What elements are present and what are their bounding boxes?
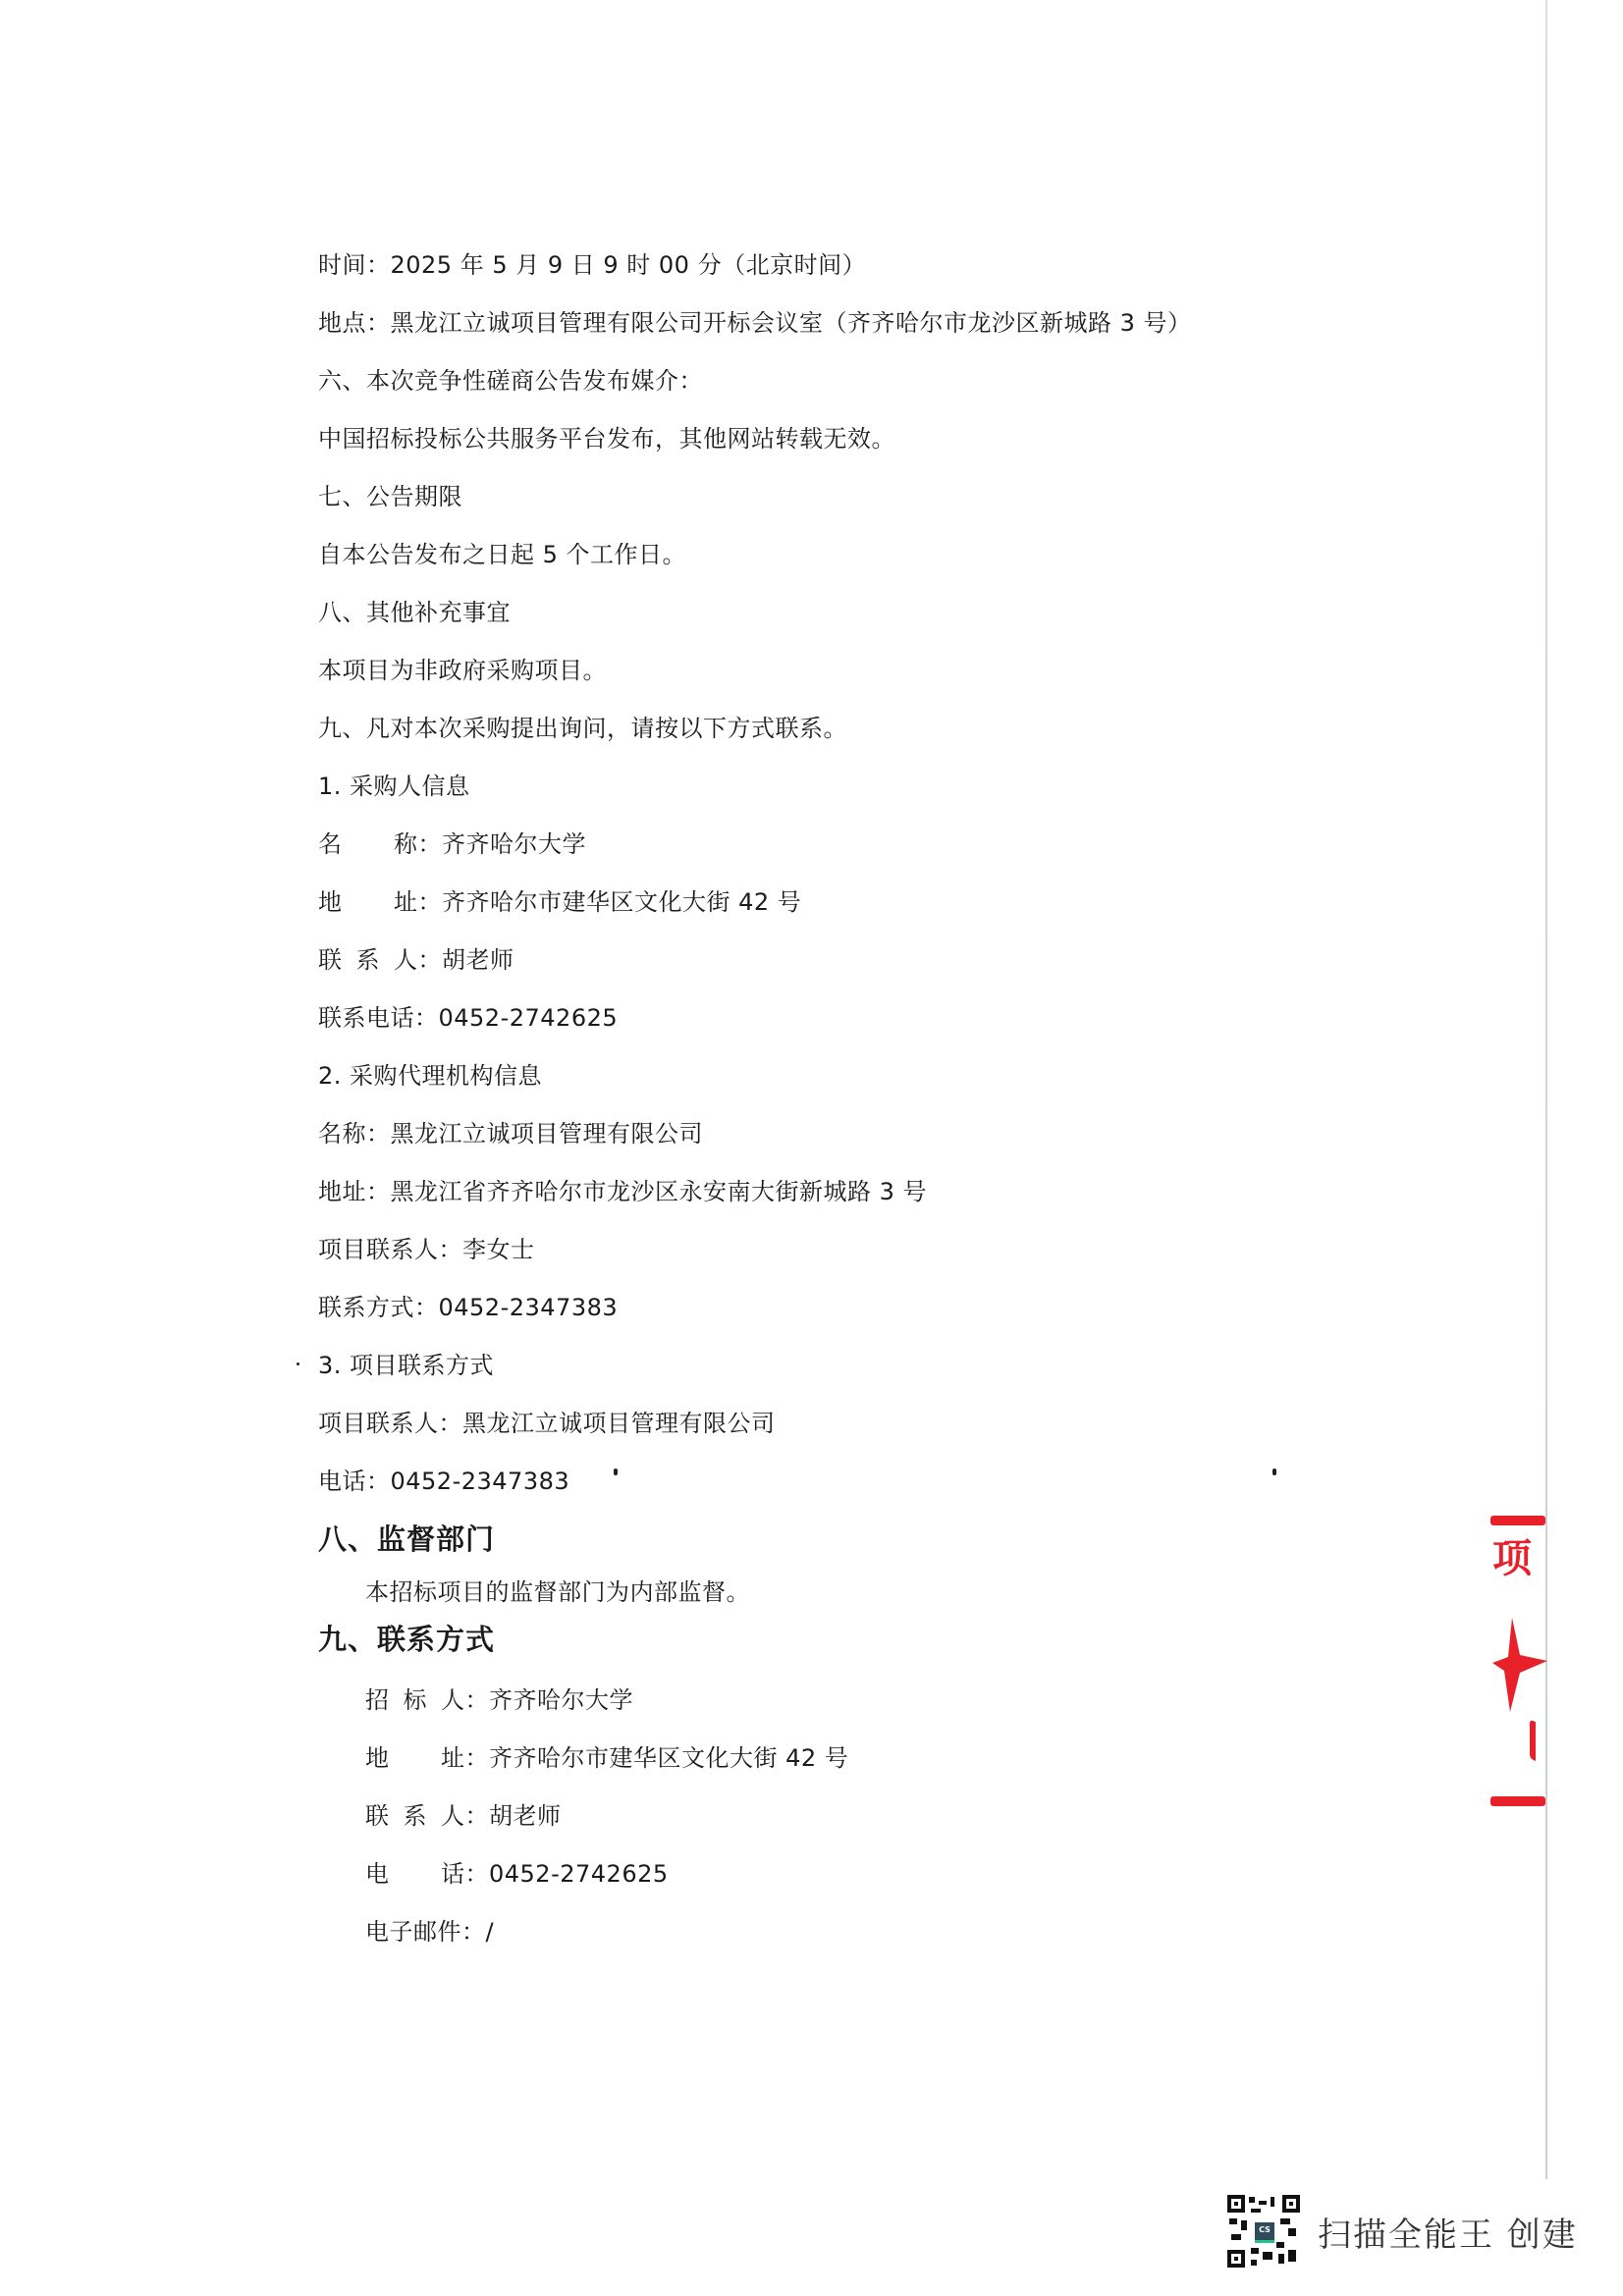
section-9-heading: 九、凡对本次采购提出询问，请按以下方式联系。 <box>318 713 847 744</box>
agency-contact: 项目联系人：李女士 <box>318 1234 535 1265</box>
purchaser-address-value: 齐齐哈尔市建华区文化大街 42 号 <box>442 888 801 916</box>
tenderer-phone-value: 0452-2742625 <box>489 1860 669 1888</box>
purchaser-address-label: 地 址： <box>318 886 442 918</box>
purchaser-contact-value: 胡老师 <box>442 946 514 974</box>
qr-code-icon: CS <box>1227 2195 1300 2268</box>
label-char: 称： <box>394 828 442 860</box>
project-contact-heading: 3. 项目联系方式 <box>318 1350 494 1381</box>
seal-glyph: 项 <box>1492 1537 1532 1580</box>
label-char: 标 <box>404 1684 428 1716</box>
scan-speck <box>297 1362 299 1365</box>
purchaser-name: 名 称： 齐齐哈尔大学 <box>318 828 586 860</box>
purchaser-address: 地 址： 齐齐哈尔市建华区文化大街 42 号 <box>318 886 801 918</box>
label-char: 名 <box>318 828 343 860</box>
purchaser-name-value: 齐齐哈尔大学 <box>442 830 586 858</box>
project-contact-phone: 电话：0452-2347383 <box>318 1466 569 1497</box>
seal-star-icon <box>1492 1618 1547 1712</box>
section-8-body: 本项目为非政府采购项目。 <box>318 655 607 686</box>
section-7-heading: 七、公告期限 <box>318 481 462 512</box>
label-char: 联 <box>365 1800 390 1832</box>
tenderer-value: 齐齐哈尔大学 <box>489 1686 633 1714</box>
seal-bar-top <box>1490 1516 1545 1525</box>
purchaser-name-label: 名 称： <box>318 828 442 860</box>
supervision-heading: 八、监督部门 <box>318 1523 495 1555</box>
label-char: 系 <box>356 944 381 976</box>
label-char: 人： <box>441 1684 489 1716</box>
tenderer: 招 标 人： 齐齐哈尔大学 <box>365 1684 633 1716</box>
purchaser-contact: 联 系 人： 胡老师 <box>318 944 514 976</box>
section-6-body: 中国招标投标公共服务平台发布，其他网站转载无效。 <box>318 423 895 454</box>
label-char: 人： <box>441 1800 489 1832</box>
contact-section-heading: 九、联系方式 <box>318 1624 495 1655</box>
label-char: 地 <box>318 886 343 918</box>
tenderer-email-label: 电子邮件： <box>365 1918 486 1946</box>
agency-address: 地址：黑龙江省齐齐哈尔市龙沙区永安南大街新城路 3 号 <box>318 1176 927 1207</box>
purchaser-info-heading: 1. 采购人信息 <box>318 771 470 802</box>
tenderer-phone-label: 电 话： <box>365 1858 489 1890</box>
tenderer-email: 电子邮件：/ <box>365 1916 494 1948</box>
tenderer-address-label: 地 址： <box>365 1742 489 1774</box>
tenderer-label: 招 标 人： <box>365 1684 489 1716</box>
scan-speck <box>614 1468 618 1475</box>
supervision-body: 本招标项目的监督部门为内部监督。 <box>365 1576 750 1608</box>
section-7-body: 自本公告发布之日起 5 个工作日。 <box>318 539 686 570</box>
label-char: 电 <box>365 1858 390 1890</box>
agency-phone: 联系方式：0452-2347383 <box>318 1292 618 1323</box>
label-char: 地 <box>365 1742 390 1774</box>
tenderer-email-value: / <box>486 1918 495 1946</box>
camscanner-logo: CS <box>1255 2222 1274 2243</box>
label-char: 联 <box>318 944 343 976</box>
watermark-text: 扫描全能王 创建 <box>1318 2208 1578 2256</box>
tenderer-contact: 联 系 人： 胡老师 <box>365 1800 562 1832</box>
page-edge <box>1545 0 1547 2179</box>
tenderer-contact-value: 胡老师 <box>489 1802 562 1830</box>
scanner-watermark: CS 扫描全能王 创建 <box>1227 2195 1578 2268</box>
label-char: 系 <box>404 1800 428 1832</box>
open-time: 时间：2025 年 5 月 9 日 9 时 00 分（北京时间） <box>318 249 866 281</box>
seal-bar-bottom <box>1490 1796 1545 1806</box>
tenderer-address-value: 齐齐哈尔市建华区文化大街 42 号 <box>489 1744 848 1772</box>
section-6-heading: 六、本次竞争性磋商公告发布媒介： <box>318 365 703 397</box>
label-char: 招 <box>365 1684 390 1716</box>
tenderer-address: 地 址： 齐齐哈尔市建华区文化大街 42 号 <box>365 1742 848 1774</box>
agency-info-heading: 2. 采购代理机构信息 <box>318 1060 542 1092</box>
label-char: 址： <box>394 886 442 918</box>
tenderer-contact-label: 联 系 人： <box>365 1800 489 1832</box>
tenderer-phone: 电 话： 0452-2742625 <box>365 1858 669 1890</box>
purchaser-phone-label: 联系电话： <box>318 1004 439 1032</box>
purchaser-contact-label: 联 系 人： <box>318 944 442 976</box>
purchaser-phone: 联系电话：0452-2742625 <box>318 1002 618 1034</box>
seal-fragment <box>1530 1719 1547 1767</box>
project-contact-person: 项目联系人：黑龙江立诚项目管理有限公司 <box>318 1408 776 1439</box>
section-8-heading: 八、其他补充事宜 <box>318 597 511 628</box>
label-char: 人： <box>394 944 442 976</box>
scan-speck <box>1272 1468 1276 1475</box>
company-seal-fragment: 项 <box>1487 1512 1547 1826</box>
agency-name: 名称：黑龙江立诚项目管理有限公司 <box>318 1118 703 1149</box>
open-location: 地点：黑龙江立诚项目管理有限公司开标会议室（齐齐哈尔市龙沙区新城路 3 号） <box>318 307 1192 339</box>
label-char: 址： <box>441 1742 489 1774</box>
purchaser-phone-value: 0452-2742625 <box>439 1004 619 1032</box>
label-char: 话： <box>441 1858 489 1890</box>
